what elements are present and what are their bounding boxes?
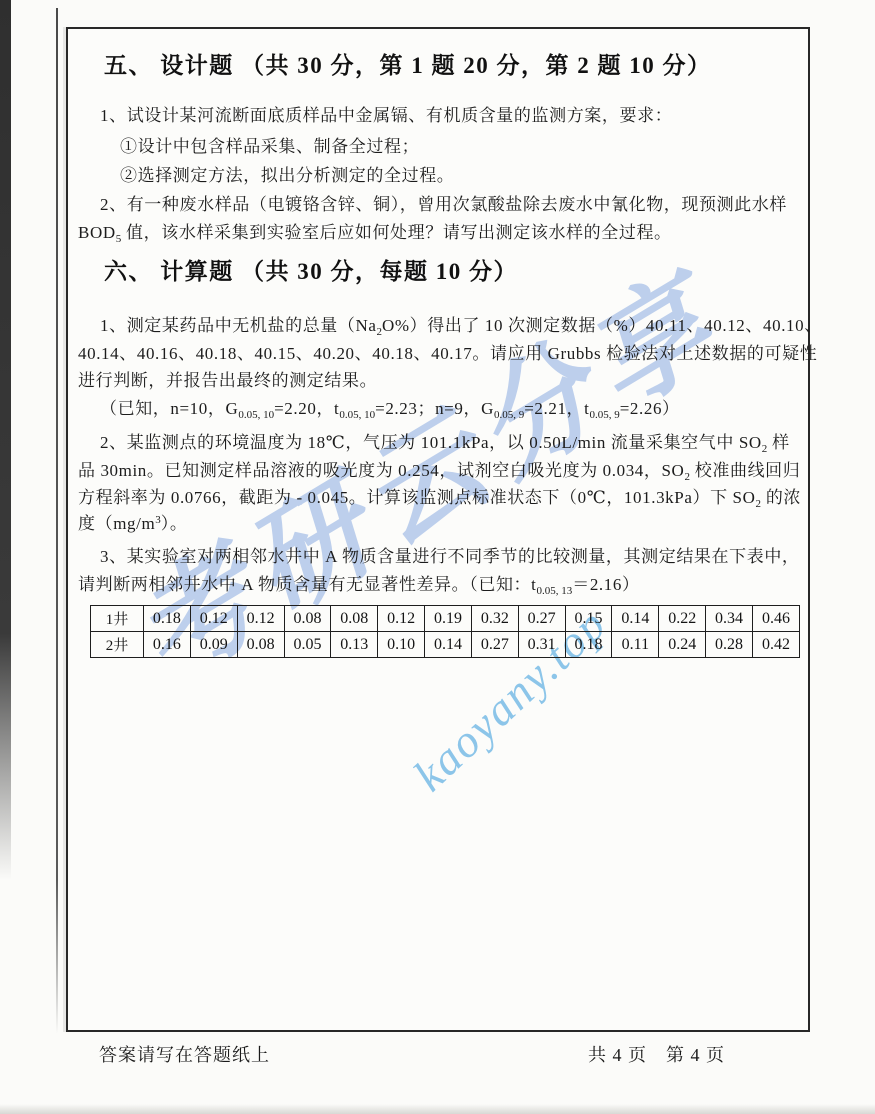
well-measurement-table: 1井0.180.120.120.080.080.120.190.320.270.… [90, 605, 800, 658]
table-row: 1井0.180.120.120.080.080.120.190.320.270.… [91, 606, 800, 632]
value-cell: 0.14 [425, 632, 472, 658]
scan-edge-shadow [0, 0, 11, 880]
value-cell: 0.34 [706, 606, 753, 632]
text-line: 1、测定某药品中无机盐的总量（Na2O%）得出了 10 次测定数据（%）40.1… [100, 311, 822, 336]
value-cell: 0.19 [425, 606, 472, 632]
value-cell: 0.11 [612, 632, 659, 658]
value-cell: 0.28 [706, 632, 753, 658]
value-cell: 0.05 [284, 632, 331, 658]
scan-page-edge-line [56, 8, 58, 1034]
value-cell: 0.10 [378, 632, 425, 658]
value-cell: 0.18 [144, 606, 191, 632]
text-line: 方程斜率为 0.0766，截距为 - 0.045。计算该监测点标准状态下（0℃，… [78, 483, 801, 508]
text-line: 1、试设计某河流断面底质样品中金属镉、有机质含量的监测方案，要求： [100, 101, 672, 126]
value-cell: 0.27 [518, 606, 565, 632]
table-row: 2井0.160.090.080.050.130.100.140.270.310.… [91, 632, 800, 658]
text-line: 3、某实验室对两相邻水井中 A 物质含量进行不同季节的比较测量，其测定结果在下表… [100, 542, 800, 567]
text-line: 品 30min。已知测定样品溶液的吸光度为 0.254，试剂空白吸光度为 0.0… [78, 456, 800, 481]
row-label-cell: 1井 [91, 606, 144, 632]
section-heading-calculation-questions: 六、 计算题 （共 30 分，每题 10 分） [104, 253, 518, 286]
value-cell: 0.13 [331, 632, 378, 658]
value-cell: 0.12 [190, 606, 237, 632]
value-cell: 0.14 [612, 606, 659, 632]
row-label-cell: 2井 [91, 632, 144, 658]
text-line: 请判断两相邻井水中 A 物质含量有无显著性差异。（已知：t0.05, 13＝2.… [78, 570, 640, 595]
value-cell: 0.08 [331, 606, 378, 632]
value-cell: 0.24 [659, 632, 706, 658]
footer-page-number: 共 4 页 第 4 页 [588, 1041, 725, 1067]
value-cell: 0.32 [471, 606, 518, 632]
section-heading-design-questions: 五、 设计题 （共 30 分，第 1 题 20 分，第 2 题 10 分） [104, 47, 712, 80]
text-line: 度（mg/m3）。 [78, 509, 187, 534]
scan-bottom-shadow [0, 1104, 875, 1114]
scanned-exam-page: 考研云分享 kaoyany.top 五、 设计题 （共 30 分，第 1 题 2… [0, 0, 875, 1114]
value-cell: 0.42 [752, 632, 799, 658]
text-line: 进行判断，并报告出最终的测定结果。 [78, 366, 377, 391]
text-line: 40.14、40.16、40.18、40.15、40.20、40.18、40.1… [78, 339, 817, 364]
value-cell: 0.12 [378, 606, 425, 632]
text-line: ②选择测定方法，拟出分析测定的全过程。 [120, 161, 454, 186]
value-cell: 0.15 [565, 606, 612, 632]
text-line: ①设计中包含样品采集、制备全过程； [120, 132, 419, 157]
value-cell: 0.16 [144, 632, 191, 658]
value-cell: 0.08 [237, 632, 284, 658]
value-cell: 0.09 [190, 632, 237, 658]
value-cell: 0.12 [237, 606, 284, 632]
value-cell: 0.08 [284, 606, 331, 632]
value-cell: 0.18 [565, 632, 612, 658]
value-cell: 0.31 [518, 632, 565, 658]
value-cell: 0.22 [659, 606, 706, 632]
value-cell: 0.27 [471, 632, 518, 658]
text-line: （已知，n=10，G0.05, 10=2.20，t0.05, 10=2.23；n… [100, 394, 680, 419]
text-line: 2、有一种废水样品（电镀铬含锌、铜），曾用次氯酸盐除去废水中氰化物，现预测此水样 [100, 190, 787, 215]
text-line: 2、某监测点的环境温度为 18℃，气压为 101.1kPa，以 0.50L/mi… [100, 428, 790, 453]
text-line: BOD5 值，该水样采集到实验室后应如何处理？请写出测定该水样的全过程。 [78, 218, 672, 243]
value-cell: 0.46 [752, 606, 799, 632]
footer-answer-instruction: 答案请写在答题纸上 [99, 1041, 270, 1067]
